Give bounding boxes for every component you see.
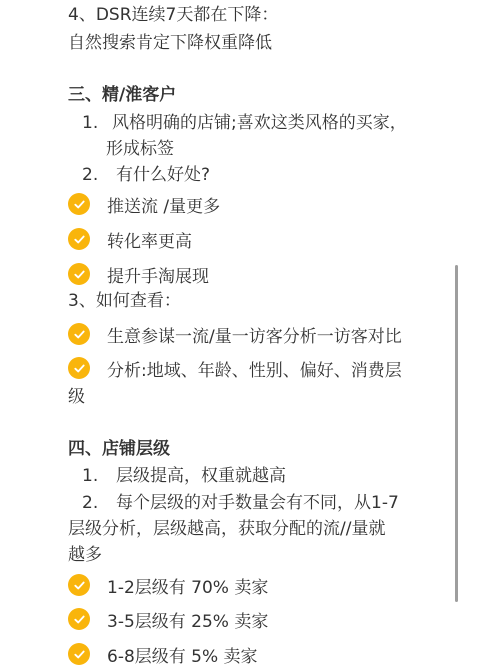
check-circle-icon	[68, 323, 90, 345]
tier-text: 1-2层级有 70% 卖家	[107, 573, 268, 598]
benefit-item: 推送流 /量更多	[68, 191, 220, 217]
section4-item2-wrap1: 层级分析，层级越高，获取分配的流//量就	[68, 516, 385, 542]
benefit-item: 转化率更高	[68, 226, 192, 252]
benefit-text: 提升手淘展现	[107, 262, 209, 287]
item-number: 1.	[82, 110, 112, 136]
item-number: 1.	[82, 463, 116, 489]
check-circle-icon	[68, 357, 90, 379]
check-circle-icon	[68, 608, 90, 630]
check-circle-icon	[68, 263, 90, 285]
point4-text: 自然搜索肯定下降权重降低	[68, 30, 272, 56]
item-text: 层级提高，权重就越高	[116, 466, 286, 486]
check-circle-icon	[68, 193, 90, 215]
how-item: 生意参谋一流/量一访客分析一访客对比	[68, 321, 402, 347]
item-text: 每个层级的对手数量会有不同，从1-7	[116, 493, 399, 513]
point4-title: 4、DSR连续7天都在下降：	[68, 2, 278, 28]
section4-heading: 四、店铺层级	[68, 436, 170, 462]
section3-item1: 1.风格明确的店铺;喜欢这类风格的买家，	[82, 110, 407, 136]
benefit-text: 转化率更高	[107, 227, 192, 252]
section3-item1-wrap: 形成标签	[106, 136, 174, 162]
vertical-scrollbar[interactable]	[455, 265, 458, 602]
item-number: 2.	[82, 162, 116, 188]
how-text: 分析:地域、年龄、性别、偏好、消费层	[107, 356, 402, 381]
benefit-item: 提升手淘展现	[68, 261, 209, 287]
section4-item2: 2.每个层级的对手数量会有不同，从1-7	[82, 490, 399, 516]
how-item-wrap: 级	[68, 384, 85, 410]
item-number: 2.	[82, 490, 116, 516]
tier-text: 3-5层级有 25% 卖家	[107, 607, 268, 632]
how-item: 分析:地域、年龄、性别、偏好、消费层	[68, 355, 402, 381]
item-text: 有什么好处?	[116, 165, 210, 185]
check-circle-icon	[68, 643, 90, 665]
item-text: 风格明确的店铺;喜欢这类风格的买家，	[112, 113, 407, 133]
tier-item: 1-2层级有 70% 卖家	[68, 572, 268, 598]
tier-item: 3-5层级有 25% 卖家	[68, 606, 268, 632]
check-circle-icon	[68, 228, 90, 250]
check-circle-icon	[68, 574, 90, 596]
section3-heading: 三、精/淮客户	[68, 82, 176, 108]
section4-item2-wrap2: 越多	[68, 542, 102, 568]
section4-item1: 1.层级提高，权重就越高	[82, 463, 286, 489]
tier-text: 6-8层级有 5% 卖家	[107, 642, 258, 667]
benefit-text: 推送流 /量更多	[107, 192, 220, 217]
section3-item2: 2.有什么好处?	[82, 162, 210, 188]
how-text: 生意参谋一流/量一访客分析一访客对比	[107, 322, 402, 347]
how-to-view-title: 3、如何查看：	[68, 288, 181, 314]
tier-item: 6-8层级有 5% 卖家	[68, 641, 258, 667]
